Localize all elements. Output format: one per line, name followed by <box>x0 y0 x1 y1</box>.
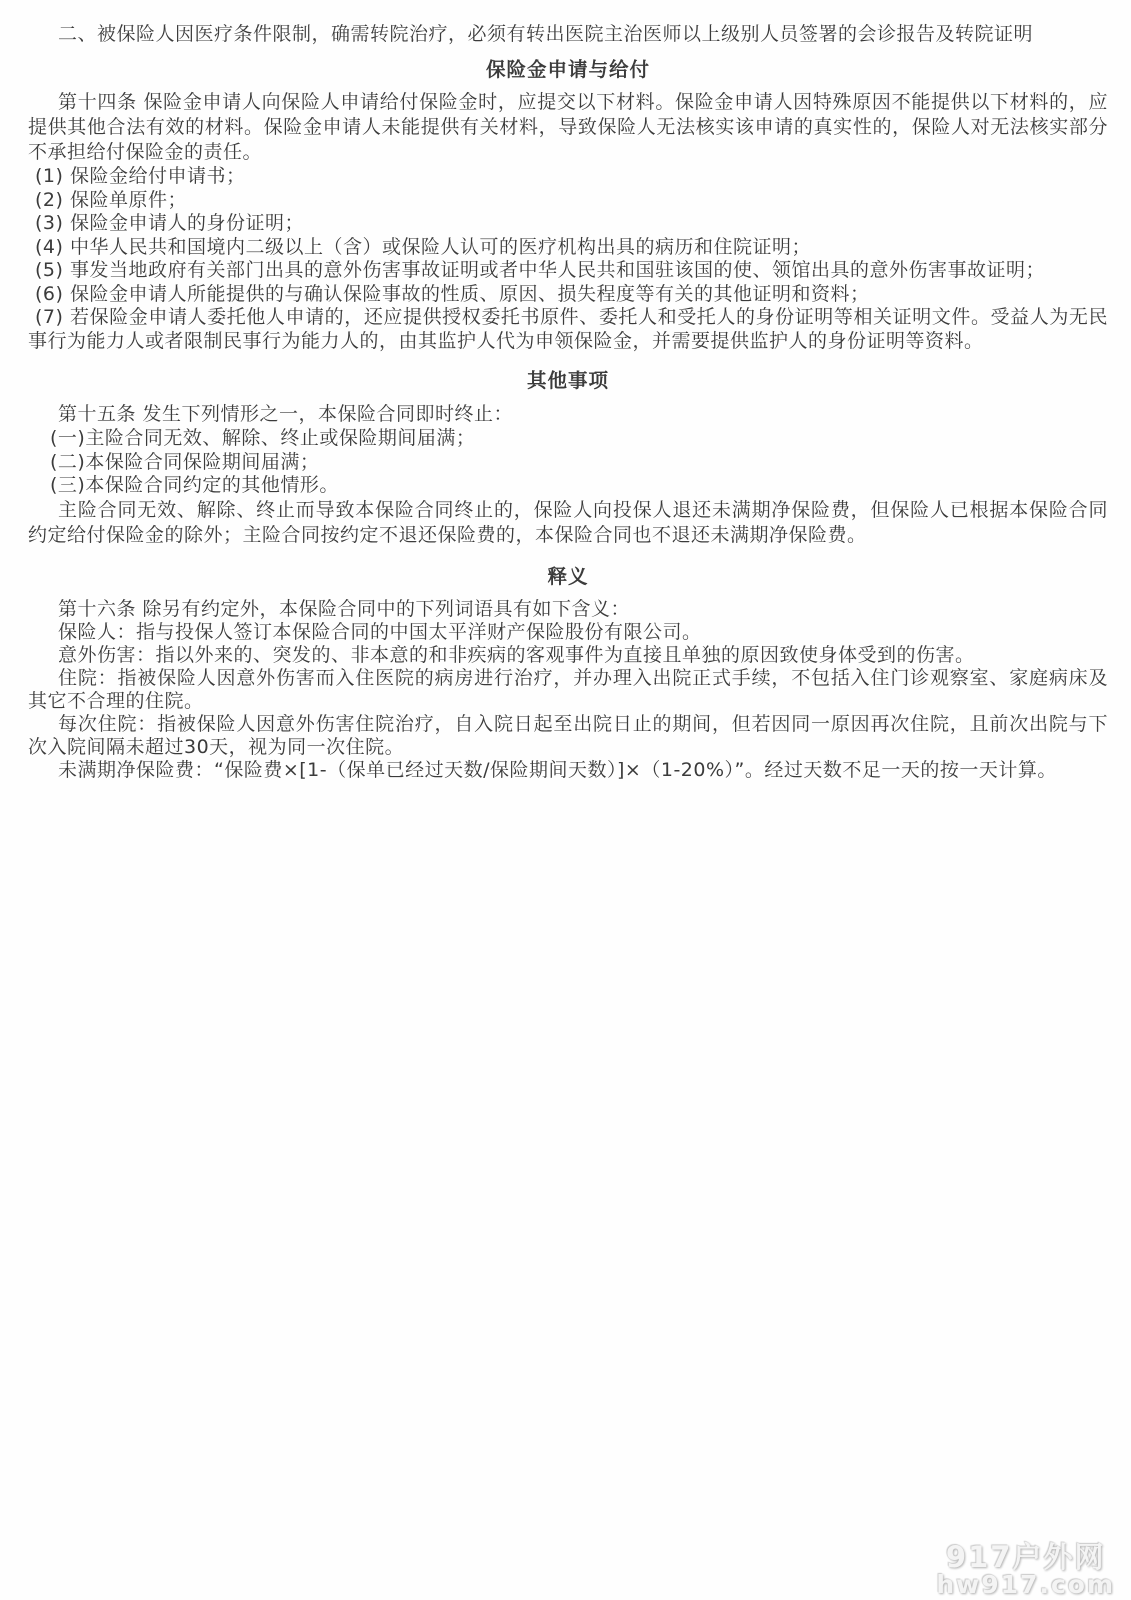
watermark-site-url: hw917.com <box>936 1572 1115 1598</box>
claim-item-7: (7) 若保险金申请人委托他人申请的，还应提供授权委托书原件、委托人和受托人的身… <box>28 306 1108 353</box>
termination-item-2: (二)本保险合同保险期间届满； <box>28 451 1108 475</box>
article-15-paragraph: 第十五条 发生下列情形之一，本保险合同即时终止： <box>28 402 1108 427</box>
claim-item-4: (4) 中华人民共和国境内二级以上（含）或保险人认可的医疗机构出具的病历和住院证… <box>28 236 1108 260</box>
claim-item-3: (3) 保险金申请人的身份证明； <box>28 212 1108 236</box>
claim-item-2: (2) 保险单原件； <box>28 189 1108 213</box>
refund-paragraph: 主险合同无效、解除、终止而导致本保险合同终止的，保险人向投保人退还未满期净保险费… <box>28 498 1108 548</box>
definitions-list: 第十六条 除另有约定外，本保险合同中的下列词语具有如下含义： 保险人：指与投保人… <box>28 598 1108 782</box>
section-heading-definitions: 释义 <box>28 564 1108 589</box>
claim-item-5: (5) 事发当地政府有关部门出具的意外伤害事故证明或者中华人民共和国驻该国的使、… <box>28 259 1108 283</box>
definition-accidental-injury: 意外伤害：指以外来的、突发的、非本意的和非疾病的客观事件为直接且单独的原因致使身… <box>28 644 1108 667</box>
claim-materials-list: (1) 保险金给付申请书； (2) 保险单原件； (3) 保险金申请人的身份证明… <box>28 165 1108 353</box>
transfer-hospital-clause: 二、被保险人因医疗条件限制，确需转院治疗，必须有转出医院主治医师以上级别人员签署… <box>28 22 1108 47</box>
claim-item-1: (1) 保险金给付申请书； <box>28 165 1108 189</box>
article-14-paragraph: 第十四条 保险金申请人向保险人申请给付保险金时，应提交以下材料。保险金申请人因特… <box>28 90 1108 165</box>
claim-item-6: (6) 保险金申请人所能提供的与确认保险事故的性质、原因、损失程度等有关的其他证… <box>28 283 1108 307</box>
definition-insurer: 保险人：指与投保人签订本保险合同的中国太平洋财产保险股份有限公司。 <box>28 621 1108 644</box>
watermark-site-name: 917户外网 <box>936 1542 1115 1572</box>
definition-each-hospitalization: 每次住院：指被保险人因意外伤害住院治疗，自入院日起至出院日止的期间，但若因同一原… <box>28 713 1108 759</box>
definition-hospitalization: 住院：指被保险人因意外伤害而入住医院的病房进行治疗，并办理入出院正式手续，不包括… <box>28 667 1108 713</box>
termination-conditions-list: (一)主险合同无效、解除、终止或保险期间届满； (二)本保险合同保险期间届满； … <box>28 427 1108 498</box>
termination-item-3: (三)本保险合同约定的其他情形。 <box>28 474 1108 498</box>
termination-item-1: (一)主险合同无效、解除、终止或保险期间届满； <box>28 427 1108 451</box>
watermark: 917户外网 hw917.com <box>936 1542 1115 1598</box>
insurance-contract-page: 二、被保险人因医疗条件限制，确需转院治疗，必须有转出医院主治医师以上级别人员签署… <box>28 22 1108 782</box>
article-16-paragraph: 第十六条 除另有约定外，本保险合同中的下列词语具有如下含义： <box>28 598 1108 621</box>
definition-unearned-net-premium: 未满期净保险费：“保险费×[1-（保单已经过天数/保险期间天数）]×（1-20%… <box>28 759 1108 782</box>
section-heading-other-matters: 其他事项 <box>28 368 1108 393</box>
section-heading-claim-application: 保险金申请与给付 <box>28 57 1108 82</box>
